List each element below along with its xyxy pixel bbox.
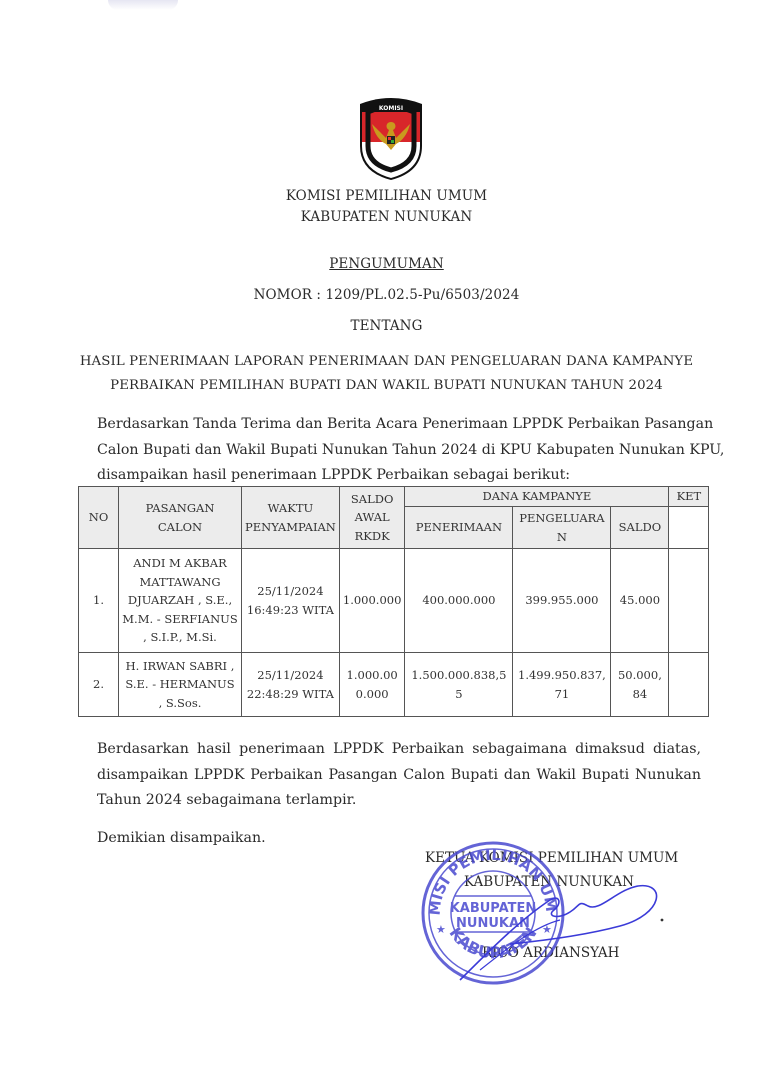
cell-pasangan: ANDI M AKBAR MATTAWANG DJUARZAH , S.E., … [119,549,242,653]
table-row: 2. H. IRWAN SABRI , S.E. - HERMANUS , S.… [79,653,709,717]
cell-no: 1. [79,549,119,653]
header-penerimaan: PENERIMAAN [405,507,513,549]
header-dana-kampanye: DANA KAMPANYE [405,487,669,507]
header-waktu: WAKTU PENYAMPAIAN [242,487,340,549]
cell-no: 2. [79,653,119,717]
header-ket: KET [669,487,709,507]
closing-line: Tahun 2024 sebagaimana terlampir. [97,788,701,814]
cell-saldo-awal: 1.000.000.000 [339,653,405,717]
intro-line: Calon Bupati dan Wakil Bupati Nunukan Ta… [97,438,701,464]
cell-penerimaan: 1.500.000.838,55 [405,653,513,717]
kpu-garuda-emblem-icon: KOMISI [356,98,426,180]
cell-penerimaan: 400.000.000 [405,549,513,653]
campaign-fund-table: NO PASANGAN CALON WAKTU PENYAMPAIAN SALD… [78,486,709,717]
subject-line-2: PERBAIKAN PEMILIHAN BUPATI DAN WAKIL BUP… [0,378,773,393]
closing-line: disampaikan LPPDK Perbaikan Pasangan Cal… [97,763,701,789]
cell-saldo: 45.000 [611,549,669,653]
intro-line: Berdasarkan Tanda Terima dan Berita Acar… [97,412,701,438]
cell-saldo: 50.000,84 [611,653,669,717]
announcement-number: NOMOR : 1209/PL.02.5-Pu/6503/2024 [0,287,773,303]
table-header-row: NO PASANGAN CALON WAKTU PENYAMPAIAN SALD… [79,487,709,507]
header-pengeluaran: PENGELUARAN [513,507,611,549]
cell-waktu: 25/11/202416:49:23 WITA [242,549,340,653]
institution-region: KABUPATEN NUNUKAN [0,209,773,225]
intro-paragraph: Berdasarkan Tanda Terima dan Berita Acar… [97,412,701,489]
header-saldo-awal: SALDO AWAL RKDK [339,487,405,549]
cell-ket [669,549,709,653]
announcement-about: TENTANG [0,318,773,334]
header-ket-empty [669,507,709,549]
institution-name: KOMISI PEMILIHAN UMUM [0,188,773,204]
cell-pasangan: H. IRWAN SABRI , S.E. - HERMANUS , S.Sos… [119,653,242,717]
announcement-title: PENGUMUMAN [329,256,444,272]
intro-line: disampaikan hasil penerimaan LPPDK Perba… [97,463,701,489]
cell-pengeluaran: 399.955.000 [513,549,611,653]
header-saldo: SALDO [611,507,669,549]
subject-line-1: HASIL PENERIMAAN LAPORAN PENERIMAAN DAN … [0,354,773,369]
header-no: NO [79,487,119,549]
regards-text: Demikian disampaikan. [97,826,701,852]
cell-saldo-awal: 1.000.000 [339,549,405,653]
cell-ket [669,653,709,717]
cell-pengeluaran: 1.499.950.837,71 [513,653,611,717]
table-row: 1. ANDI M AKBAR MATTAWANG DJUARZAH , S.E… [79,549,709,653]
closing-paragraph: Berdasarkan hasil penerimaan LPPDK Perba… [97,737,701,814]
scan-smudge [108,0,178,10]
cell-waktu: 25/11/202422:48:29 WITA [242,653,340,717]
handwritten-signature-icon [440,860,670,990]
svg-text:KOMISI: KOMISI [379,105,403,112]
header-pasangan: PASANGAN CALON [119,487,242,549]
closing-line: Berdasarkan hasil penerimaan LPPDK Perba… [97,737,701,763]
